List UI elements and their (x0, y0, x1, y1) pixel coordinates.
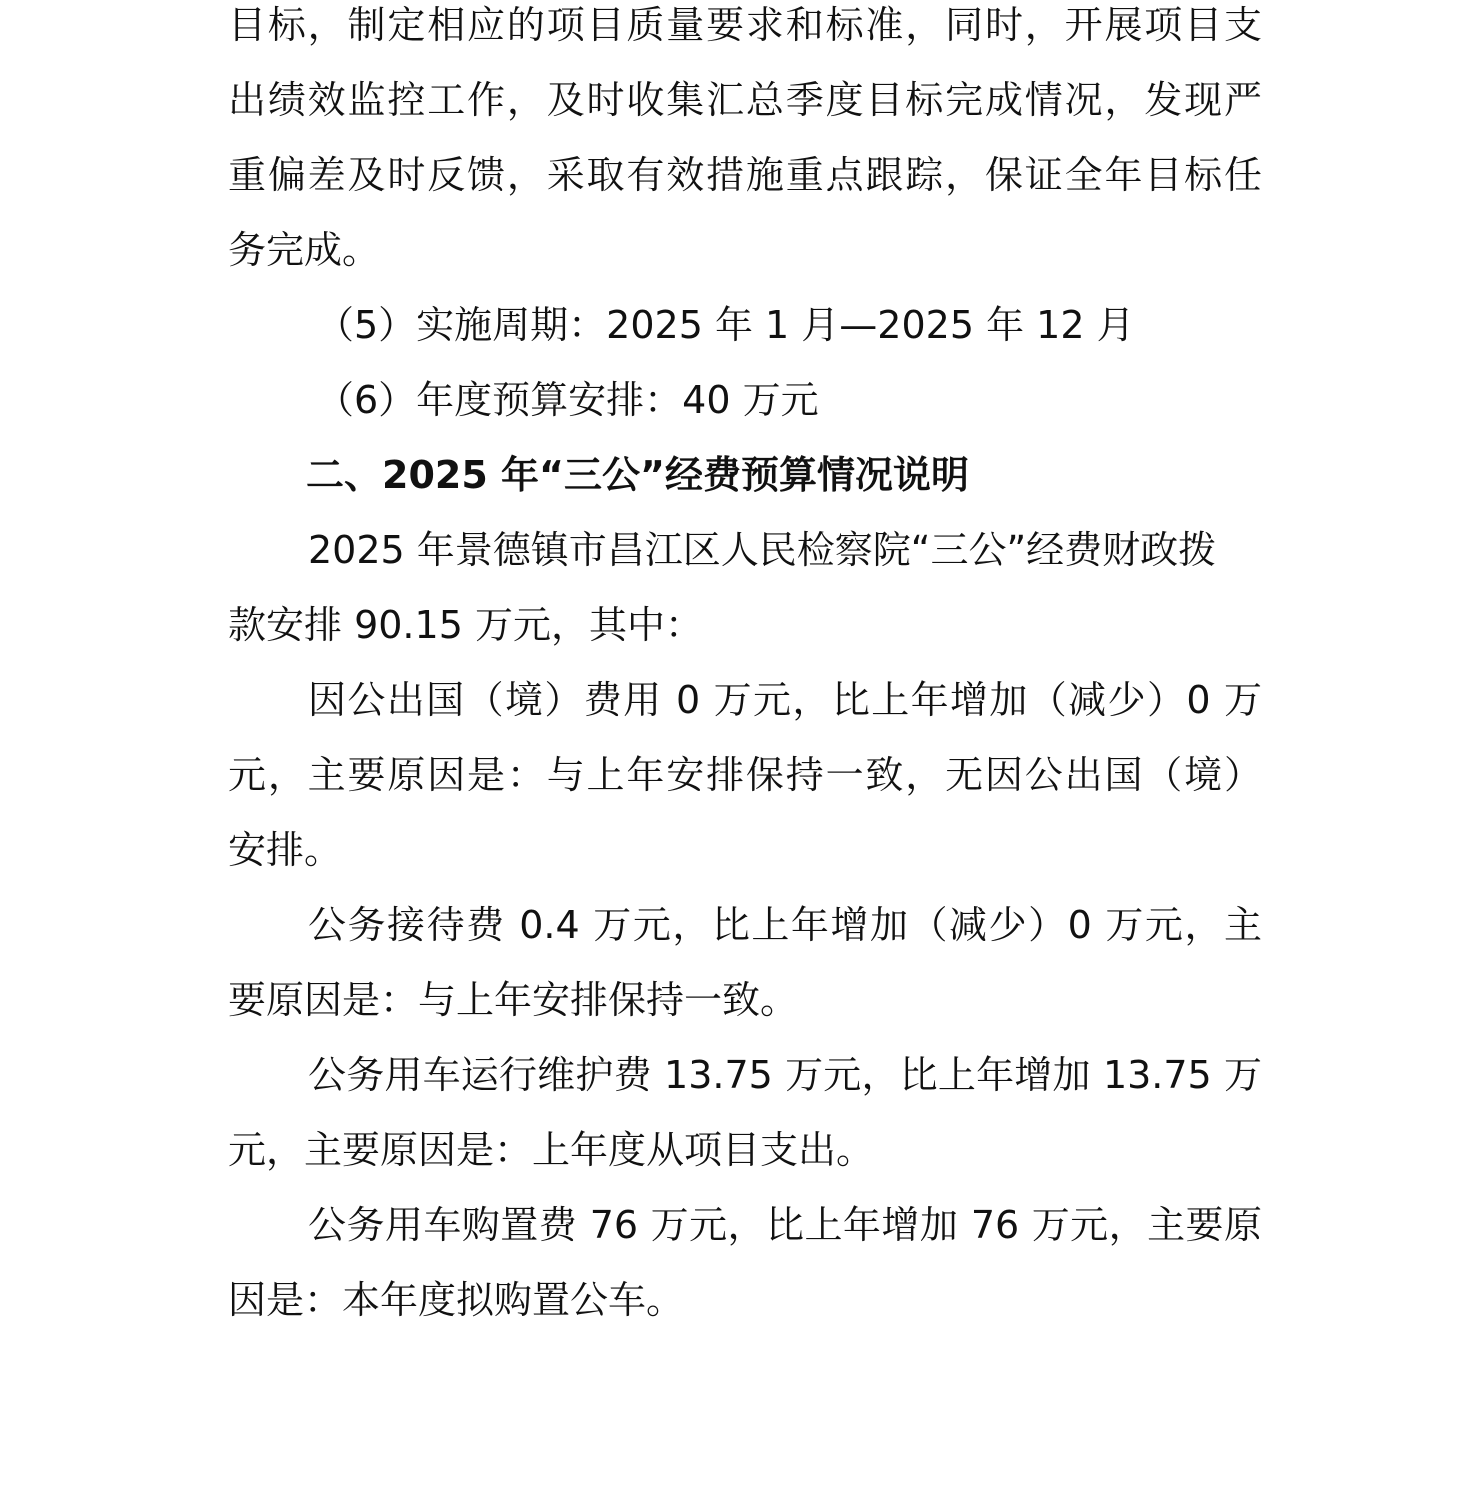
paragraph-line: 2025 年景德镇市昌江区人民检察院“三公”经费财政拨 (308, 525, 1226, 575)
paragraph-line: 元，主要原因是：与上年安排保持一致，无因公出国（境） (228, 750, 1262, 800)
section-heading: 二、2025 年“三公”经费预算情况说明 (306, 450, 1340, 500)
paragraph-line: 重偏差及时反馈，采取有效措施重点跟踪，保证全年目标任 (228, 150, 1262, 200)
paragraph-line: 要原因是：与上年安排保持一致。 (228, 975, 1262, 1025)
paragraph-line: 款安排 90.15 万元，其中： (228, 600, 1262, 650)
paragraph-line: 公务用车运行维护费 13.75 万元，比上年增加 13.75 万 (308, 1050, 1262, 1100)
implementation-period: （5）实施周期：2025 年 1 月—2025 年 12 月 (316, 300, 1350, 350)
paragraph-line: 因是：本年度拟购置公车。 (228, 1275, 1262, 1325)
paragraph-line: 公务接待费 0.4 万元，比上年增加（减少）0 万元，主 (308, 900, 1262, 950)
paragraph-line: 因公出国（境）费用 0 万元，比上年增加（减少）0 万 (308, 675, 1262, 725)
annual-budget: （6）年度预算安排：40 万元 (316, 375, 1350, 425)
paragraph-line: 目标，制定相应的项目质量要求和标准，同时，开展项目支 (228, 0, 1262, 50)
document-page: 目标，制定相应的项目质量要求和标准，同时，开展项目支 出绩效监控工作，及时收集汇… (0, 0, 1480, 1499)
paragraph-line: 务完成。 (228, 225, 1262, 275)
paragraph-line: 元，主要原因是：上年度从项目支出。 (228, 1125, 1262, 1175)
paragraph-line: 安排。 (228, 825, 1262, 875)
paragraph-line: 出绩效监控工作，及时收集汇总季度目标完成情况，发现严 (228, 75, 1262, 125)
paragraph-line: 公务用车购置费 76 万元，比上年增加 76 万元，主要原 (308, 1200, 1262, 1250)
